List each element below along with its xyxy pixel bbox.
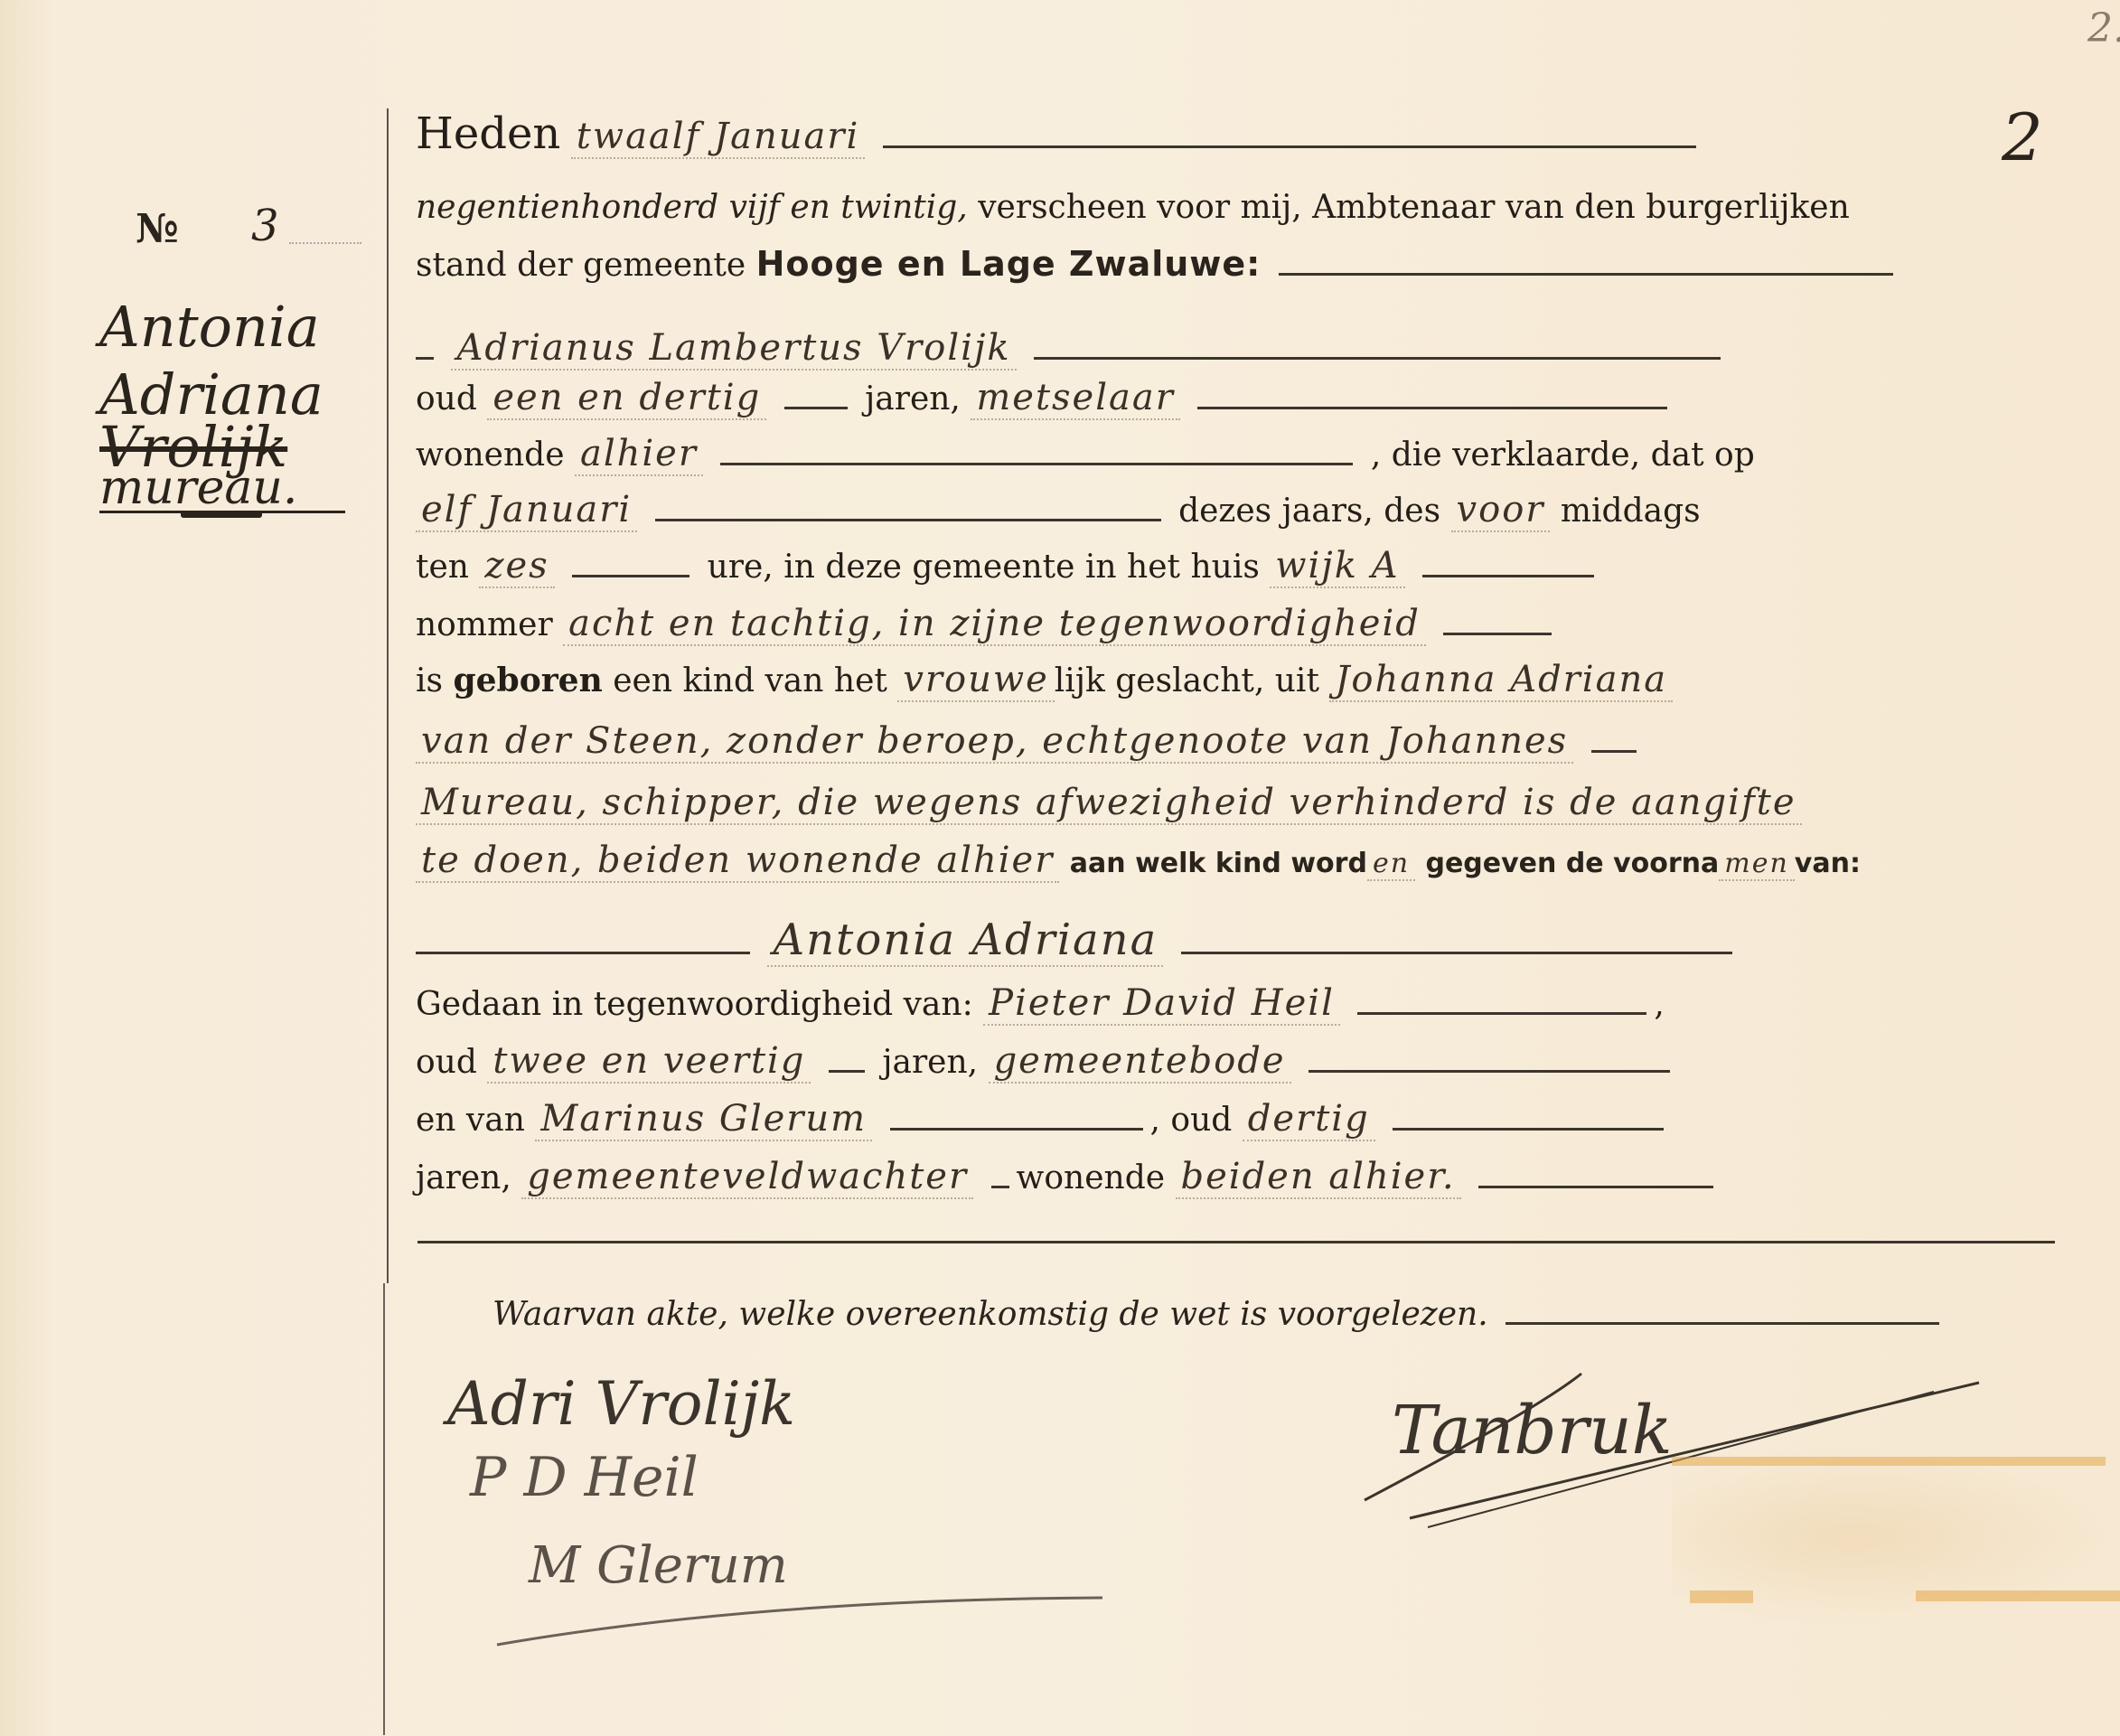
signature-witness1: P D Heil <box>470 1446 699 1509</box>
line-father: Mureau, schipper, die wegens afwezigheid… <box>416 775 2069 830</box>
line-birth-date: elf Januari dezes jaars, des voor middag… <box>416 483 2069 537</box>
line-given-names-intro: te doen, beiden wonende alhier aan welk … <box>416 833 2069 887</box>
margin-divider-lower <box>383 1283 385 1735</box>
line-witness1-age: oud twee en veertig jaren, gemeentebode <box>416 1034 2069 1088</box>
hw-declarant: Adrianus Lambertus Vrolijk <box>451 327 1016 371</box>
signature-declarant: Adri Vrolijk <box>447 1369 795 1439</box>
line-mother-cont: van der Steen, zonder beroep, echtgenoot… <box>416 714 2069 768</box>
line-date: Heden twaalf Januari <box>416 107 2069 161</box>
line-sex-mother: is geboren een kind van het vrouwelijk g… <box>416 652 2069 707</box>
line-witness1: Gedaan in tegenwoordigheid van: Pieter D… <box>416 976 2069 1030</box>
line-declarant-age: oud een en dertig jaren, metselaar <box>416 371 2069 425</box>
signature-witness2: M Glerum <box>529 1536 788 1595</box>
line-closing: Waarvan akte, welke overeenkomstig de we… <box>492 1288 2120 1342</box>
line-given-names: Antonia Adriana <box>416 913 2069 967</box>
line-year: negentienhonderd vijf en twintig, versch… <box>416 181 2069 235</box>
signature-witness2-flourish <box>488 1591 1121 1654</box>
closing-rule <box>417 1241 2055 1243</box>
line-birth-time: ten zes ure, in deze gemeente in het hui… <box>416 539 2069 593</box>
line-municipality: stand der gemeente Hooge en Lage Zwaluwe… <box>416 237 2069 291</box>
record-number-dots <box>289 242 361 244</box>
record-number: 3 <box>251 201 279 251</box>
hw-day: twaalf Januari <box>571 116 866 159</box>
document-page: 2. 2 № 3 Antonia Adriana Vrolijk mureau.… <box>0 0 2120 1736</box>
line-witness2-occupation: jaren, gemeenteveldwachter wonende beide… <box>416 1150 2069 1204</box>
corner-page-number: 2. <box>2087 5 2120 52</box>
hw-given-names: Antonia Adriana <box>767 915 1163 967</box>
margin-first-name: Antonia <box>99 294 320 360</box>
margin-divider <box>387 108 389 1283</box>
line-residence: wonende alhier , die verklaarde, dat op <box>416 427 2069 481</box>
line-declarant: Adrianus Lambertus Vrolijk <box>416 321 2069 375</box>
margin-underline-bold <box>181 511 262 518</box>
record-number-label: № <box>136 206 179 252</box>
line-witness2: en van Marinus Glerum , oud dertig <box>416 1092 2069 1146</box>
margin-corrected-surname: mureau. <box>99 461 297 515</box>
line-house-number: nommer acht en tachtig, in zijne tegenwo… <box>416 596 2069 651</box>
